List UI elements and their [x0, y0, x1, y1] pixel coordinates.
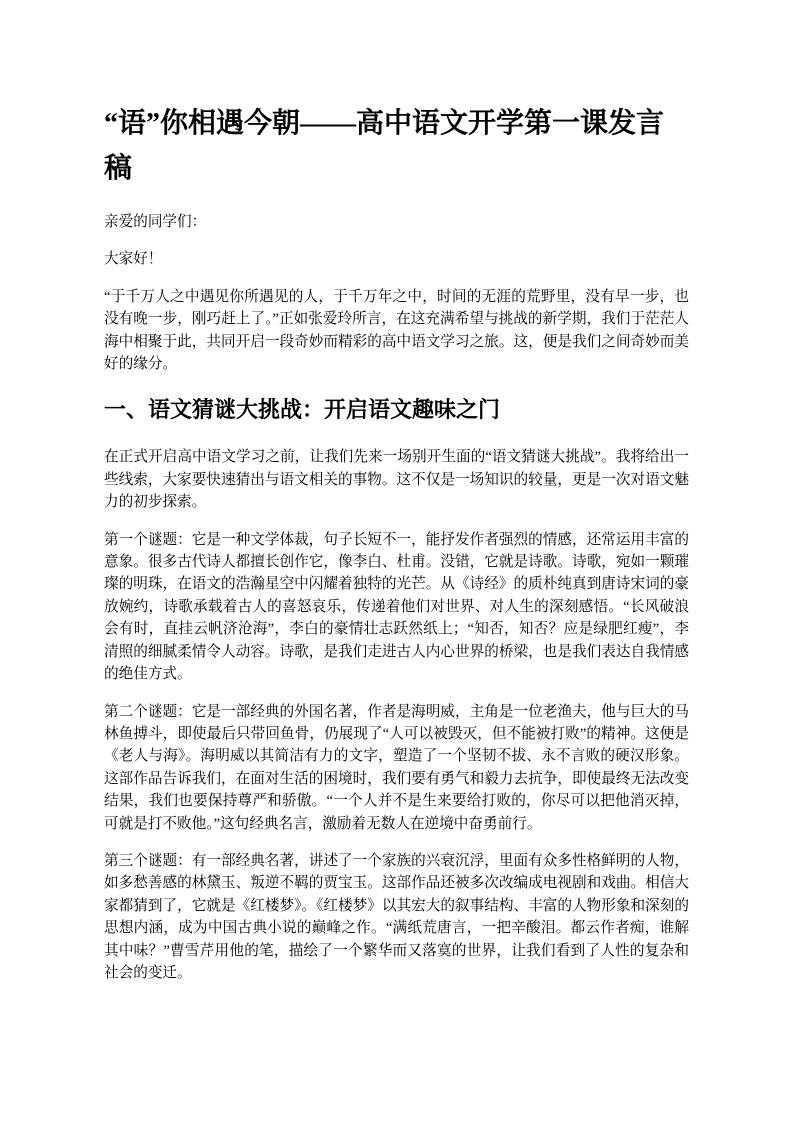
section-heading-riddle-challenge: 一、语文猜谜大挑战：开启语文趣味之门 — [104, 393, 689, 426]
salutation-line: 亲爱的同学们： — [104, 211, 689, 233]
riddle-paragraph-1-poetry: 第一个谜题：它是一种文学体裁，句子长短不一，能抒发作者强烈的情感，还常运用丰富的… — [104, 529, 689, 686]
document-title: “语”你相遇今朝——高中语文开学第一课发言稿 — [104, 101, 666, 191]
section-intro-paragraph: 在正式开启高中语文学习之前，让我们先来一场别开生面的“语文猜谜大挑战”。我将给出… — [104, 446, 689, 513]
riddle-paragraph-3-dream-of-red-chamber: 第三个谜题：有一部经典名著，讲述了一个家族的兴衰沉浮，里面有众多性格鲜明的人物，… — [104, 850, 689, 984]
greeting-line: 大家好！ — [104, 248, 689, 270]
document-page: “语”你相遇今朝——高中语文开学第一课发言稿 亲爱的同学们： 大家好！ “于千万… — [0, 0, 793, 1122]
opening-paragraph: “于千万人之中遇见你所遇见的人，于千万年之中，时间的无涯的荒野里，没有早一步，也… — [104, 286, 689, 376]
riddle-paragraph-2-old-man-and-sea: 第二个谜题：它是一部经典的外国名著，作者是海明威，主角是一位老渔夫，他与巨大的马… — [104, 701, 689, 835]
